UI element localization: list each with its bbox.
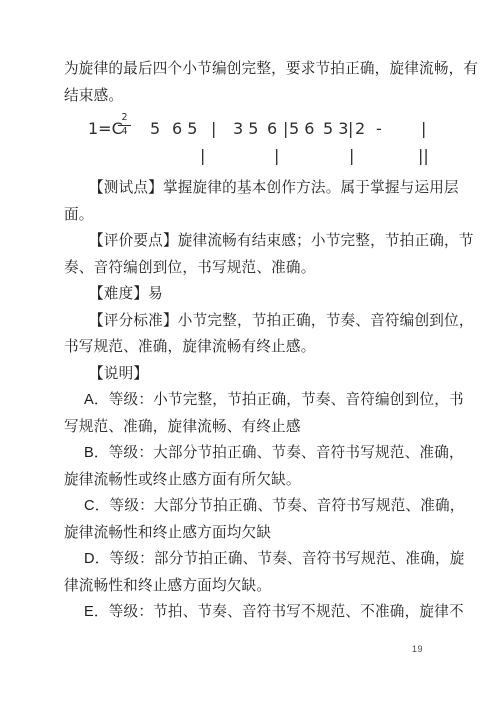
time-signature-numerator: 2	[118, 113, 131, 126]
line-grade-e: E．等级：节拍、节奏、音符书写不规范、不准确，旋律不	[64, 599, 470, 626]
notation-double-barline: ||	[418, 147, 429, 165]
line-grade-b: B．等级：大部分节拍正确、节奏、音符书写规范、准确，	[64, 440, 470, 467]
line-eval-points-cont: 奏、音符编创到位，书写规范、准确。	[64, 255, 470, 282]
music-notation: 1=C 2 4 5 6 5 | 3 5 6 | 5 6 5 3 | 2 - | …	[64, 109, 470, 175]
notation-note: 6	[267, 120, 277, 138]
notation-note: 3 5	[233, 120, 258, 138]
notation-note: 2	[355, 120, 365, 138]
line-test-point: 【测试点】掌握旋律的基本创作方法。属于掌握与运用层	[64, 175, 470, 202]
notation-time-signature: 2 4	[118, 113, 131, 137]
notation-barline: |	[349, 147, 354, 165]
notation-note: 5 6	[289, 120, 314, 138]
notation-barline: |	[348, 120, 353, 138]
notation-note: 5 3	[323, 120, 348, 138]
notation-barline: |	[200, 147, 205, 165]
line-scoring-standard: 【评分标准】小节完整，节拍正确，节奏、音符编创到位，	[64, 308, 470, 335]
notation-note: 5	[150, 120, 160, 138]
notation-barline: |	[274, 147, 279, 165]
line-grade-d: D．等级：部分节拍正确、节奏、音符书写规范、准确，旋	[64, 546, 470, 573]
page-number: 19	[412, 644, 423, 654]
line-intro-2: 结束感。	[64, 83, 470, 110]
line-test-point-cont: 面。	[64, 202, 470, 229]
document-body: 为旋律的最后四个小节编创完整，要求节拍正确，旋律流畅，有 结束感。 1=C 2 …	[64, 56, 470, 626]
notation-dash: -	[376, 120, 382, 138]
line-difficulty: 【难度】易	[64, 281, 470, 308]
line-grade-c: C．等级：大部分节拍正确、节奏、音符书写规范、准确，	[64, 493, 470, 520]
line-eval-points: 【评价要点】旋律流畅有结束感；小节完整，节拍正确，节	[64, 228, 470, 255]
line-explanation: 【说明】	[64, 361, 470, 388]
line-grade-a-cont: 写规范、准确，旋律流畅、有终止感	[64, 414, 470, 441]
notation-barline: |	[421, 120, 426, 138]
time-signature-denominator: 4	[118, 126, 131, 138]
notation-note: 6 5	[172, 120, 197, 138]
notation-barline: |	[211, 120, 216, 138]
line-scoring-cont: 书写规范、准确，旋律流畅有终止感。	[64, 334, 470, 361]
document-page: 为旋律的最后四个小节编创完整，要求节拍正确，旋律流畅，有 结束感。 1=C 2 …	[0, 0, 500, 706]
line-grade-d-cont: 律流畅性和终止感方面均欠缺。	[64, 573, 470, 600]
line-intro-1: 为旋律的最后四个小节编创完整，要求节拍正确，旋律流畅，有	[64, 56, 470, 83]
line-grade-a: A．等级：小节完整，节拍正确，节奏、音符编创到位，书	[64, 387, 470, 414]
line-grade-c-cont: 旋律流畅性和终止感方面均欠缺	[64, 520, 470, 547]
line-grade-b-cont: 旋律流畅性或终止感方面有所欠缺。	[64, 467, 470, 494]
notation-barline: |	[283, 120, 288, 138]
